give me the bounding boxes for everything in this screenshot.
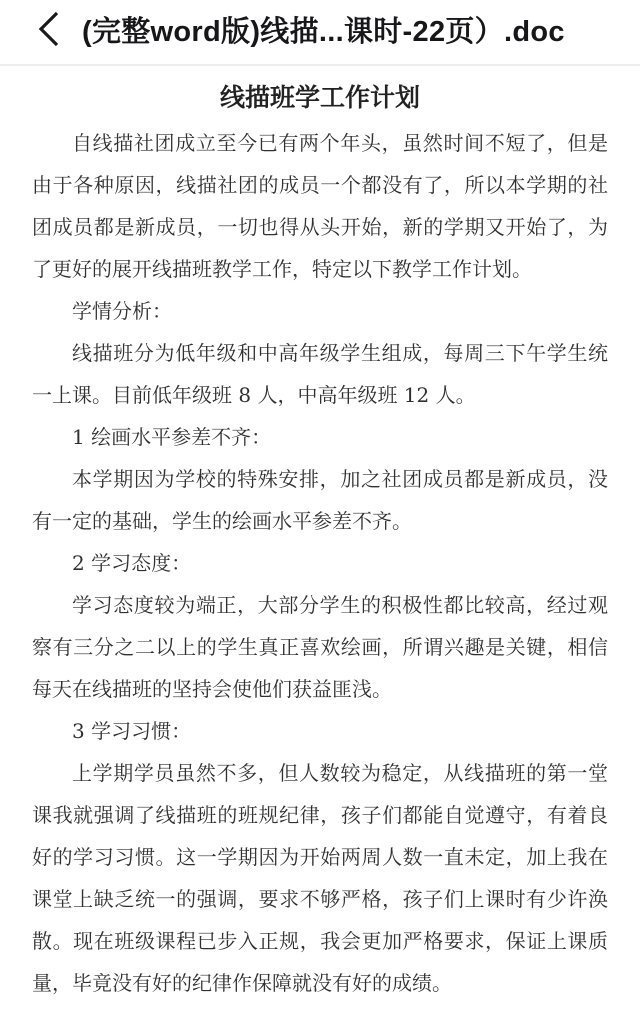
heading-item-3: 3 学习习惯： (32, 710, 608, 752)
document-page: 线描班学工作计划 自线描社团成立至今已有两个年头，虽然时间不短了，但是由于各种原… (0, 66, 640, 1004)
paragraph-class-composition: 线描班分为低年级和中高年级学生组成，每周三下午学生统一上课。目前低年级班 8 人… (32, 332, 608, 416)
heading-item-1: 1 绘画水平参差不齐： (32, 416, 608, 458)
heading-item-2: 2 学习态度： (32, 542, 608, 584)
file-title: (完整word版)线描...课时-22页）.doc (82, 9, 565, 50)
document-title: 线描班学工作计划 (32, 80, 608, 116)
paragraph-item-3: 上学期学员虽然不多，但人数较为稳定，从线描班的第一堂课我就强调了线描班的班规纪律… (32, 752, 608, 1004)
doc-viewer-app: (完整word版)线描...课时-22页）.doc 线描班学工作计划 自线描社团… (0, 0, 640, 1031)
paragraph-intro: 自线描社团成立至今已有两个年头，虽然时间不短了，但是由于各种原因，线描社团的成员… (32, 122, 608, 290)
paragraph-item-2: 学习态度较为端正，大部分学生的积极性都比较高，经过观察有三分之二以上的学生真正喜… (32, 584, 608, 710)
back-button[interactable] (34, 8, 64, 50)
paragraph-item-1: 本学期因为学校的特殊安排，加之社团成员都是新成员，没有一定的基础，学生的绘画水平… (32, 458, 608, 542)
chevron-left-icon (36, 10, 62, 48)
heading-situation-analysis: 学情分析： (32, 290, 608, 332)
app-header: (完整word版)线描...课时-22页）.doc (0, 0, 640, 66)
